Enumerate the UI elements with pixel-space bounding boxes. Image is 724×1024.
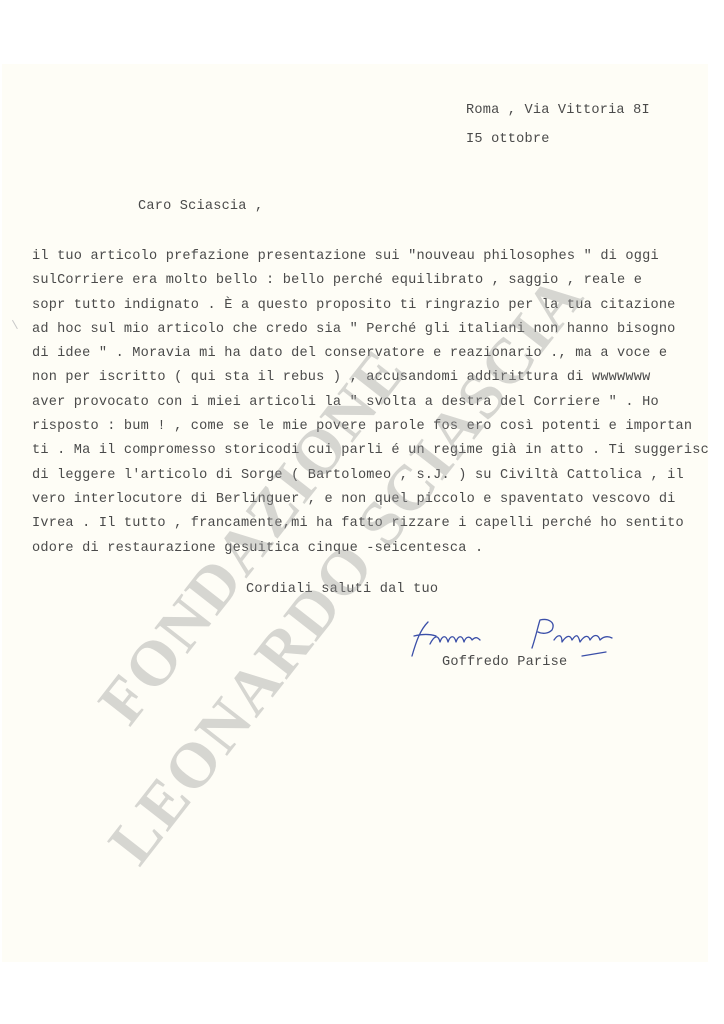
typed-signature-name: Goffredo Parise [442, 655, 567, 670]
letter-body: il tuo articolo prefazione presentazione… [32, 245, 708, 561]
body-line: di leggere l'articolo di Sorge ( Bartolo… [32, 464, 708, 488]
body-line: non per iscritto ( qui sta il rebus ) , … [32, 366, 708, 390]
body-line: risposto : bum ! , come se le mie povere… [32, 415, 708, 439]
body-line: ti . Ma il compromesso storicodi cui par… [32, 439, 708, 463]
body-line: sopr tutto indignato . È a questo propos… [32, 294, 708, 318]
letter-page: Roma , Via Vittoria 8I I5 ottobre Caro S… [2, 64, 708, 962]
closing: Cordiali saluti dal tuo [246, 582, 438, 597]
body-line: il tuo articolo prefazione presentazione… [32, 245, 708, 269]
body-line: vero interlocutore di Berlinguer , e non… [32, 488, 708, 512]
body-line: sulCorriere era molto bello : bello perc… [32, 269, 708, 293]
salutation: Caro Sciascia , [138, 199, 263, 214]
body-line: Ivrea . Il tutto , francamente,mi ha fat… [32, 512, 708, 536]
header-address: Roma , Via Vittoria 8I [466, 103, 650, 118]
body-line: aver provocato con i miei articoli la " … [32, 391, 708, 415]
body-line: ad hoc sul mio articolo che credo sia " … [32, 318, 708, 342]
margin-pencil-mark [12, 317, 23, 329]
body-line: odore di restaurazione gesuitica cinque … [32, 537, 708, 561]
body-line: di idee " . Moravia mi ha dato del conse… [32, 342, 708, 366]
header-date: I5 ottobre [466, 132, 550, 147]
